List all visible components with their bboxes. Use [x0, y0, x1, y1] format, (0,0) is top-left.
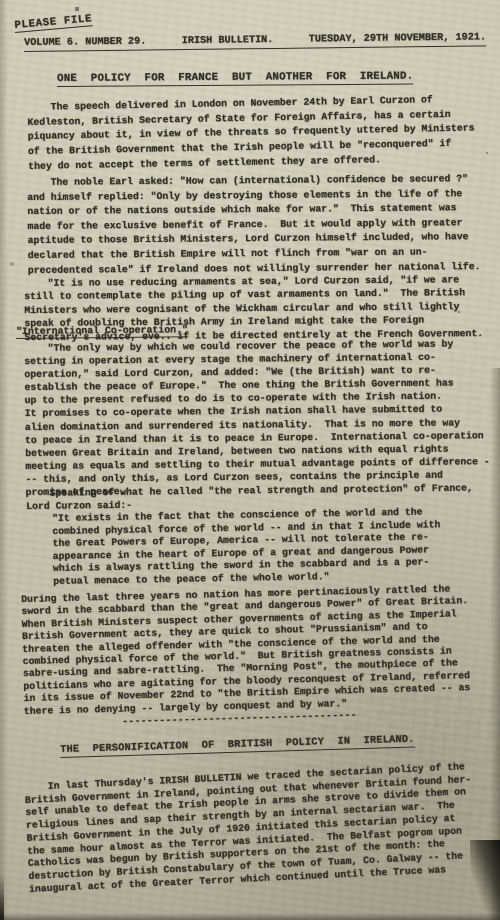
scan-edge-mark	[0, 874, 4, 920]
masthead: VOLUME 6. NUMBER 29. IRISH BULLETIN. TUE…	[24, 32, 486, 52]
paragraph: The speech delivered in London on Novemb…	[27, 92, 475, 174]
masthead-volume: VOLUME 6. NUMBER 29.	[24, 37, 146, 49]
file-note: PLEASE FILE	[14, 13, 93, 33]
page-edge-shadow-left	[0, 0, 8, 920]
paragraph: The noble Earl asked: "How can (internat…	[27, 172, 481, 278]
masthead-title: IRISH BULLETIN.	[182, 35, 274, 47]
document-page: The noble Earl asked: "How can (internat…	[0, 0, 500, 920]
paragraph: In last Thursday's IRISH BULLETIN we tra…	[24, 761, 476, 896]
masthead-date: TUESDAY, 29TH NOVEMBER, 1921.	[309, 32, 486, 45]
paragraph: During the last three years no nation ha…	[21, 583, 471, 718]
page-edge-shadow-bottom	[0, 913, 500, 920]
article1-subheading: "International Co-operation."	[16, 324, 188, 338]
paper-specks	[0, 0, 2, 2]
article1-headline: ONE POLICY FOR FRANCE BUT ANOTHER FOR IR…	[57, 71, 413, 87]
blockquote: "It exists in the fact that the conscien…	[52, 506, 441, 588]
paragraph: "The only way by which we could recover …	[24, 337, 490, 499]
